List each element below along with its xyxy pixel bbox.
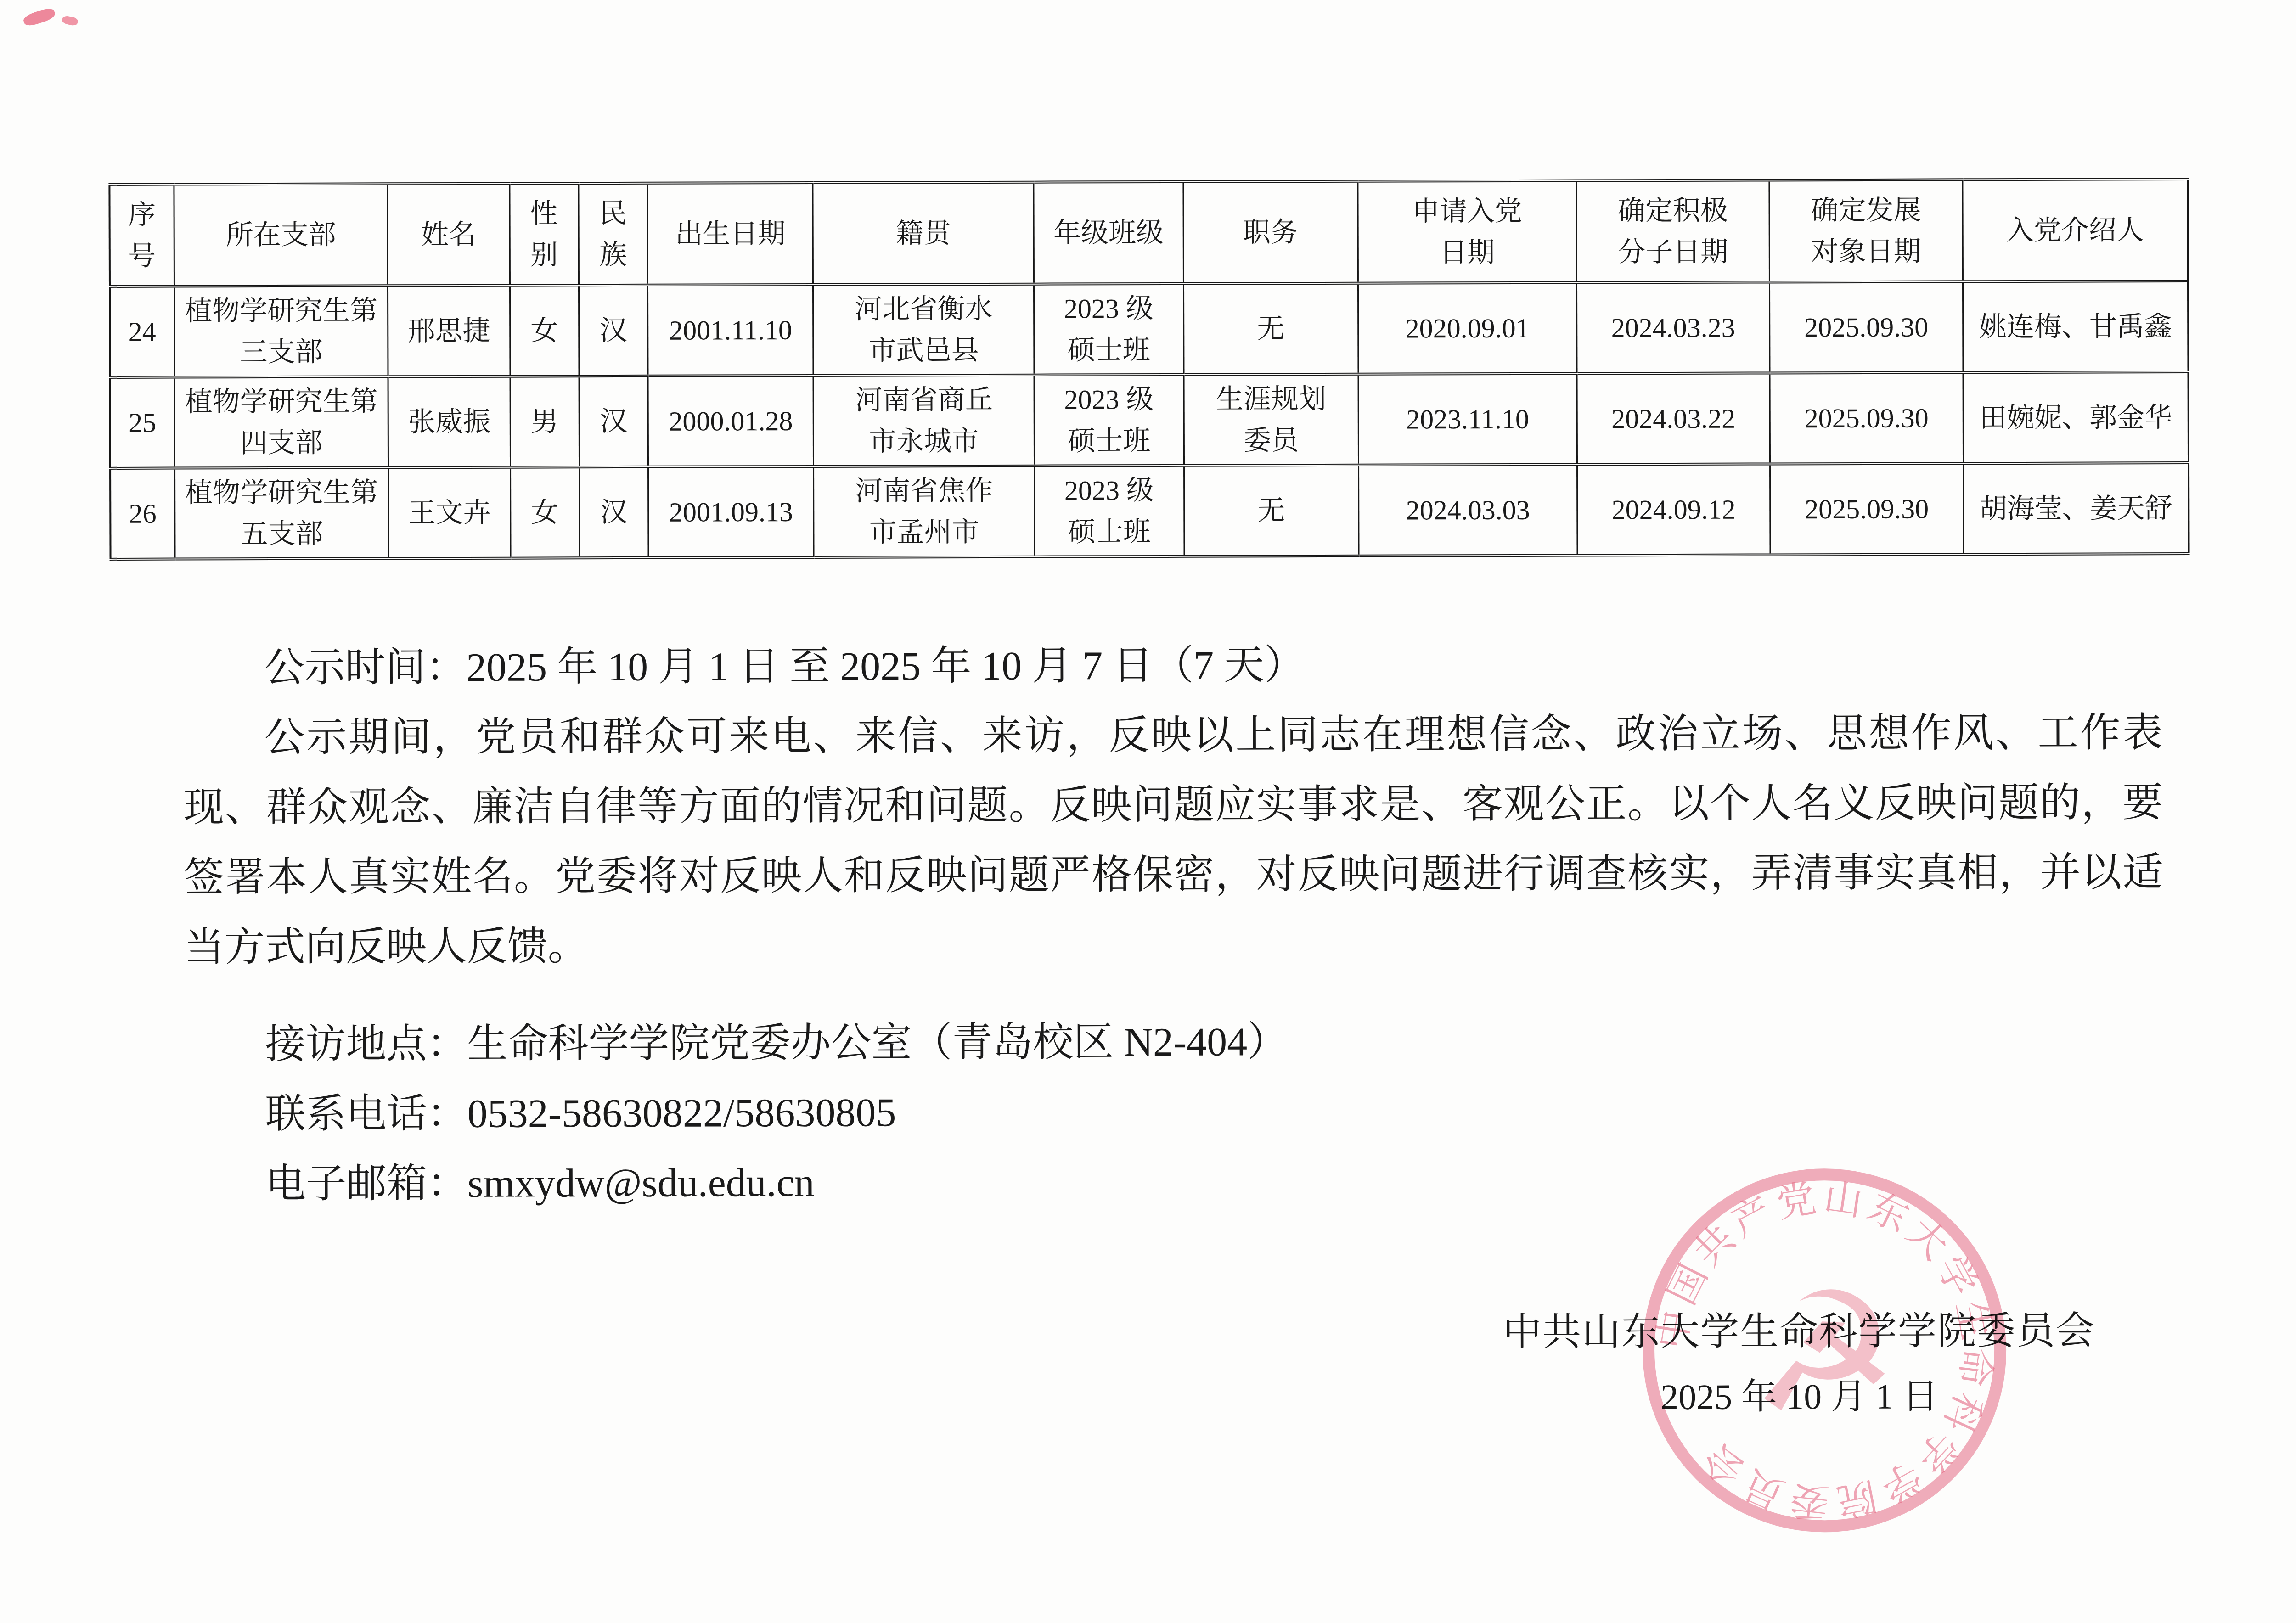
cell-birthdate: 2001.11.10 xyxy=(647,285,813,376)
cell-introducers: 胡海莹、姜天舒 xyxy=(1963,463,2189,554)
email-line: 电子邮箱：smxydw@sdu.edu.cn xyxy=(185,1145,2164,1219)
cell-development-date: 2025.09.30 xyxy=(1770,463,1964,555)
cell-grade-class: 2023 级 硕士班 xyxy=(1034,284,1184,375)
column-header-introducers: 入党介绍人 xyxy=(1963,179,2188,281)
cell-activist-date: 2024.03.22 xyxy=(1577,373,1770,464)
phone-line: 联系电话：0532-58630822/58630805 xyxy=(185,1075,2164,1150)
column-header-apply-date: 申请入党 日期 xyxy=(1358,181,1576,283)
column-header-development-date: 确定发展 对象日期 xyxy=(1769,180,1963,282)
table-row: 25 植物学研究生第 四支部 张威振 男 汉 2000.01.28 河南省商丘 … xyxy=(110,372,2189,468)
cell-native-place: 河南省商丘 市永城市 xyxy=(813,375,1034,466)
cell-serial: 24 xyxy=(110,286,174,377)
cell-birthdate: 2000.01.28 xyxy=(648,376,814,467)
column-header-serial: 序 号 xyxy=(109,185,174,286)
table-header-row: 序 号 所在支部 姓名 性 别 民 族 出生日期 籍贯 年级班级 职务 申请入党… xyxy=(109,179,2188,286)
visit-location-line: 接访地点：生命科学学院党委办公室（青岛校区 N2-404） xyxy=(184,1005,2163,1080)
cell-name: 王文卉 xyxy=(388,467,511,559)
cell-branch: 植物学研究生第 四支部 xyxy=(174,376,388,468)
cell-introducers: 田婉妮、郭金华 xyxy=(1963,372,2189,463)
signature-block: 中共山东大学生命科学学院委员会 2025 年 10 月 1 日 xyxy=(1471,1305,2128,1421)
cell-position: 无 xyxy=(1183,283,1358,375)
candidate-roster-table: 序 号 所在支部 姓名 性 别 民 族 出生日期 籍贯 年级班级 职务 申请入党… xyxy=(108,178,2189,561)
signature-date: 2025 年 10 月 1 日 xyxy=(1471,1373,2127,1421)
cell-apply-date: 2024.03.03 xyxy=(1359,465,1577,556)
cell-grade-class: 2023 级 硕士班 xyxy=(1035,466,1184,557)
cell-position: 无 xyxy=(1184,465,1359,556)
cell-development-date: 2025.09.30 xyxy=(1770,372,1963,464)
cell-apply-date: 2023.11.10 xyxy=(1358,374,1577,465)
cell-ethnicity: 汉 xyxy=(579,376,648,467)
cell-gender: 女 xyxy=(510,467,580,558)
publicity-time-line: 公示时间：2025 年 10 月 1 日 至 2025 年 10 月 7 日（7… xyxy=(183,629,2162,703)
column-header-branch: 所在支部 xyxy=(174,184,388,286)
cell-native-place: 河南省焦作 市孟州市 xyxy=(814,466,1035,557)
cell-gender: 女 xyxy=(510,285,579,376)
cell-apply-date: 2020.09.01 xyxy=(1358,283,1577,374)
cell-birthdate: 2001.09.13 xyxy=(648,466,814,558)
cell-gender: 男 xyxy=(510,376,580,467)
cell-serial: 25 xyxy=(110,377,175,468)
cell-name: 张威振 xyxy=(388,376,510,468)
cell-grade-class: 2023 级 硕士班 xyxy=(1034,375,1184,466)
column-header-activist-date: 确定积极 分子日期 xyxy=(1576,180,1770,282)
column-header-birthdate: 出生日期 xyxy=(647,183,813,285)
cell-branch: 植物学研究生第 五支部 xyxy=(174,467,388,559)
notice-paragraph: 公示期间，党员和群众可来电、来信、来访，反映以上同志在理想信念、政治立场、思想作… xyxy=(183,698,2163,983)
cell-name: 邢思捷 xyxy=(388,286,510,377)
cell-serial: 26 xyxy=(110,468,175,559)
column-header-native-place: 籍贯 xyxy=(813,182,1034,285)
document-page: 序 号 所在支部 姓名 性 别 民 族 出生日期 籍贯 年级班级 职务 申请入党… xyxy=(0,0,2296,1623)
cell-ethnicity: 汉 xyxy=(579,285,648,376)
column-header-gender: 性 别 xyxy=(510,183,579,285)
cell-development-date: 2025.09.30 xyxy=(1770,281,1963,373)
column-header-position: 职务 xyxy=(1183,181,1358,284)
cell-native-place: 河北省衡水 市武邑县 xyxy=(813,284,1034,376)
column-header-name: 姓名 xyxy=(388,184,510,286)
cell-branch: 植物学研究生第 三支部 xyxy=(174,286,388,377)
cell-position: 生涯规划 委员 xyxy=(1184,374,1359,466)
committee-name: 中共山东大学生命科学学院委员会 xyxy=(1471,1305,2127,1357)
column-header-ethnicity: 民 族 xyxy=(579,183,648,285)
table-row: 24 植物学研究生第 三支部 邢思捷 女 汉 2001.11.10 河北省衡水 … xyxy=(110,281,2189,377)
column-header-grade-class: 年级班级 xyxy=(1034,182,1183,284)
scan-mark xyxy=(22,6,56,28)
notice-body: 公示时间：2025 年 10 月 1 日 至 2025 年 10 月 7 日（7… xyxy=(183,629,2164,1219)
cell-activist-date: 2024.09.12 xyxy=(1577,464,1770,555)
cell-ethnicity: 汉 xyxy=(579,467,648,558)
cell-introducers: 姚连梅、甘禹鑫 xyxy=(1963,281,2188,372)
table-row: 26 植物学研究生第 五支部 王文卉 女 汉 2001.09.13 河南省焦作 … xyxy=(110,463,2189,559)
cell-activist-date: 2024.03.23 xyxy=(1576,282,1770,373)
scan-mark xyxy=(62,15,79,27)
